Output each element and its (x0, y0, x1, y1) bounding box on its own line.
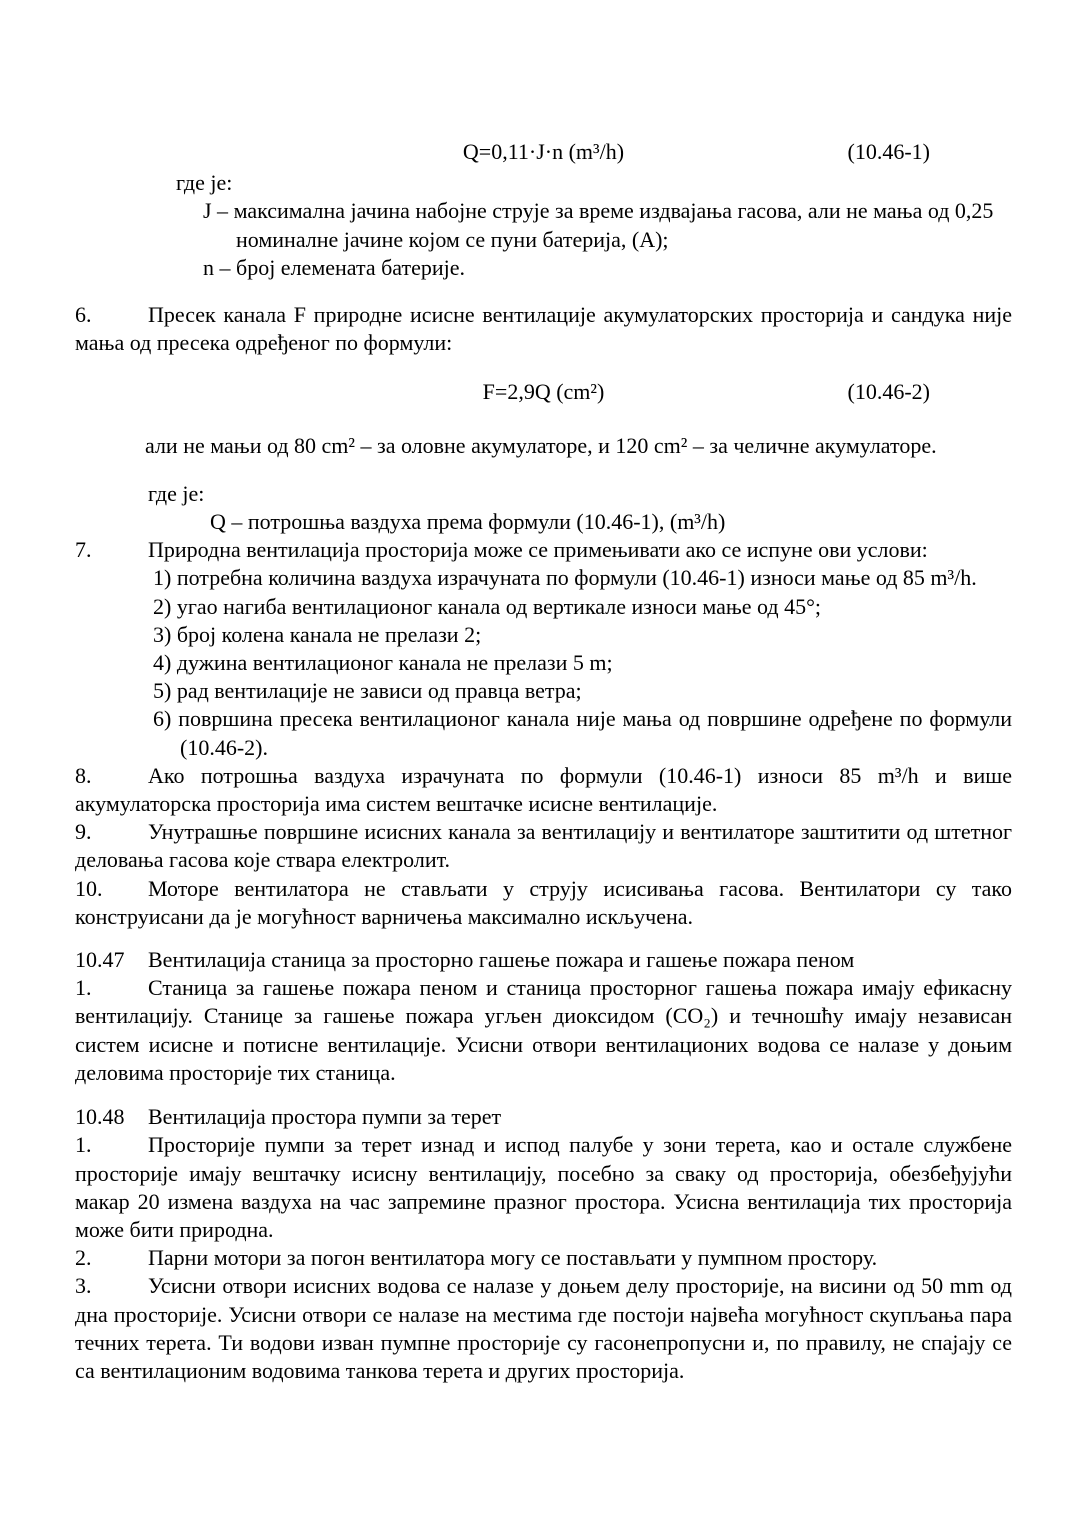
paragraph-number: 1. (75, 974, 148, 1002)
formula-number: (10.46-1) (848, 138, 930, 166)
section-heading-10-47: 10.47Вентилација станица за просторно га… (75, 946, 1012, 974)
formula-expression: Q=0,11·J·n (m³/h) (463, 139, 624, 164)
definition-item-q: Q – потрошња ваздуха према формули (10.4… (210, 508, 1012, 536)
list-text: потребна количина ваздуха израчуната по … (177, 565, 977, 590)
definition-text: максимална јачина набојне струје за врем… (234, 198, 994, 251)
list-marker: 1) (153, 565, 171, 590)
section-title: Вентилација станица за просторно гашење … (148, 947, 854, 972)
paragraph-number: 6. (75, 301, 148, 329)
paragraph-number: 1. (75, 1131, 148, 1159)
paragraph-number: 7. (75, 536, 148, 564)
definition-term: J – (203, 198, 228, 223)
paragraph-6: 6.Пресек канала F природне исисне вентил… (75, 301, 1012, 357)
definition-item-n: n – број елемената батерије. (75, 254, 1012, 282)
formula-10-46-1: Q=0,11·J·n (m³/h) (10.46-1) (75, 138, 1012, 166)
list-text: број колена канала не прелази 2; (177, 622, 481, 647)
paragraph-10-48-3: 3.Усисни отвори исисних водова се налазе… (75, 1272, 1012, 1385)
section-number: 10.48 (75, 1103, 148, 1131)
list-text: угао нагиба вентилационог канала од верт… (177, 594, 821, 619)
formula-expression: F=2,9Q (cm²) (483, 379, 605, 404)
definition-item-j: J – максимална јачина набојне струје за … (75, 197, 1012, 253)
paragraph-text: Парни мотори за погон вентилатора могу с… (148, 1245, 877, 1270)
list-item-3: 3) број колена канала не прелази 2; (75, 621, 1012, 649)
paragraph-10-47-1: 1.Станица за гашење пожара пеном и стани… (75, 974, 1012, 1087)
paragraph-7: 7.Природна вентилација просторија може с… (75, 536, 1012, 564)
paragraph-10-48-1: 1.Просторије пумпи за терет изнад и испо… (75, 1131, 1012, 1244)
definition-term: n – (203, 255, 231, 280)
list-text: површина пресека вентилационог канала ни… (178, 706, 1012, 759)
section-heading-10-48: 10.48Вентилација простора пумпи за терет (75, 1103, 1012, 1131)
paragraph-text: Усисни отвори исисних водова се налазе у… (75, 1273, 1012, 1383)
list-item-2: 2) угао нагиба вентилационог канала од в… (75, 593, 1012, 621)
paragraph-text: Природна вентилација просторија може се … (148, 537, 928, 562)
list-item-4: 4) дужина вентилационог канала не прелаз… (75, 649, 1012, 677)
paragraph-text: Станица за гашење пожара пеном и станица… (75, 975, 1012, 1085)
paragraph-8: 8.Ако потрошња ваздуха израчуната по фор… (75, 762, 1012, 818)
section-title: Вентилација простора пумпи за терет (148, 1104, 501, 1129)
paragraph-number: 10. (75, 875, 148, 903)
paragraph-10-48-2: 2.Парни мотори за погон вентилатора могу… (75, 1244, 1012, 1272)
paragraph-number: 8. (75, 762, 148, 790)
paragraph-10: 10.Моторе вентилатора не стављати у стру… (75, 875, 1012, 931)
list-marker: 3) (153, 622, 171, 647)
formula-number: (10.46-2) (848, 378, 930, 406)
paragraph-number: 3. (75, 1272, 148, 1300)
list-item-1: 1) потребна количина ваздуха израчуната … (75, 564, 1012, 592)
formula-note: али не мањи од 80 cm² – за оловне акумул… (145, 432, 945, 460)
paragraph-text: Пресек канала F природне исисне вентилац… (75, 302, 1012, 355)
where-label: где је: (176, 169, 1012, 197)
paragraph-text: Унутрашње површине исисних канала за вен… (75, 819, 1012, 872)
paragraph-number: 2. (75, 1244, 148, 1272)
where-label: где је: (148, 480, 1012, 508)
list-text: дужина вентилационог канала не прелази 5… (177, 650, 613, 675)
paragraph-text: Моторе вентилатора не стављати у струју … (75, 876, 1012, 929)
paragraph-text: Просторије пумпи за терет изнад и испод … (75, 1132, 1012, 1242)
list-marker: 6) (153, 706, 171, 731)
list-item-6: 6) површина пресека вентилационог канала… (75, 705, 1012, 761)
paragraph-number: 9. (75, 818, 148, 846)
paragraph-9: 9.Унутрашње површине исисних канала за в… (75, 818, 1012, 874)
list-text: рад вентилације не зависи од правца ветр… (177, 678, 582, 703)
document-page: Q=0,11·J·n (m³/h) (10.46-1) где је: J – … (0, 0, 1090, 1530)
list-item-5: 5) рад вентилације не зависи од правца в… (75, 677, 1012, 705)
section-number: 10.47 (75, 946, 148, 974)
list-marker: 2) (153, 594, 171, 619)
list-marker: 5) (153, 678, 171, 703)
definition-text: број елемената батерије. (236, 255, 465, 280)
formula-10-46-2: F=2,9Q (cm²) (10.46-2) (75, 378, 1012, 406)
paragraph-text: Ако потрошња ваздуха израчуната по форму… (75, 763, 1012, 816)
list-marker: 4) (153, 650, 171, 675)
